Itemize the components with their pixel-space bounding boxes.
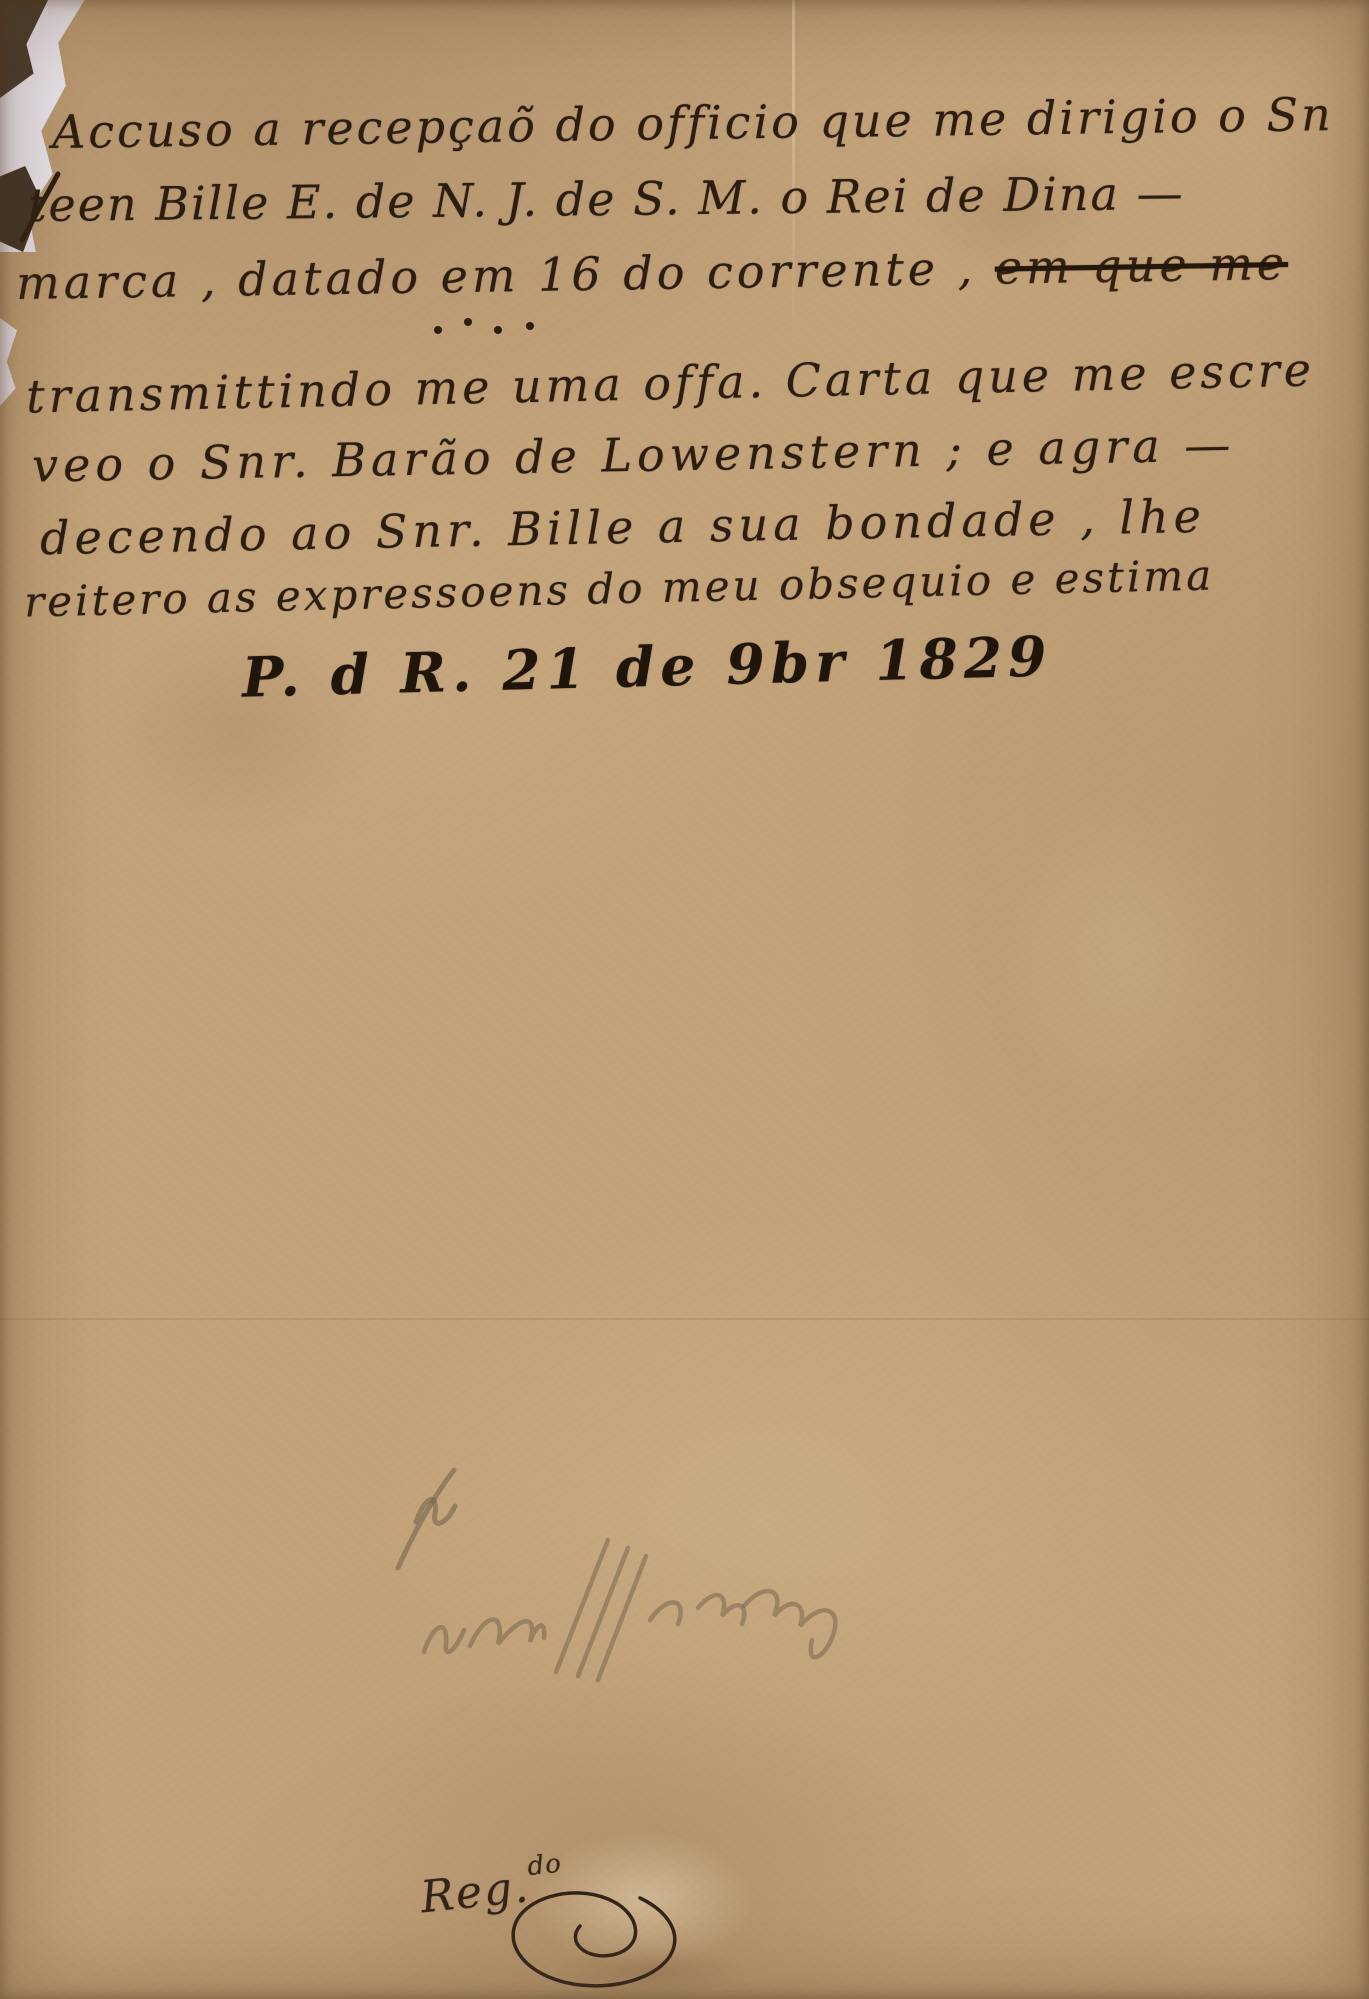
manuscript-line-3-text: marca , datado em 16 do corrente , [16, 241, 977, 310]
manuscript-page: Accuso a recepçaõ do officio que me diri… [0, 0, 1369, 1999]
paper-stain [960, 740, 1290, 1170]
registry-mark: Reg.do [417, 1849, 566, 1924]
manuscript-line-5: veo o Snr. Barão de Lowenstern ; e agra … [32, 418, 1236, 493]
registry-abbrev: Reg [418, 1863, 516, 1923]
paper-stain [520, 1936, 780, 1999]
struck-out-text: em que me [994, 236, 1288, 295]
paper-crease [0, 1318, 1369, 1320]
manuscript-line-3: marca , datado em 16 do corrente , em qu… [16, 236, 1289, 310]
ink-dots [434, 318, 534, 334]
manuscript-line-2: teen Bille E. de N. J. de S. M. o Rei de… [28, 166, 1185, 232]
pencil-scribble [398, 1470, 455, 1568]
torn-edge-sliver [0, 318, 17, 406]
manuscript-line-4: transmittindo me uma offa. Carta que me … [26, 343, 1316, 424]
manuscript-line-1: Accuso a recepçaõ do officio que me diri… [52, 87, 1334, 159]
registry-superscript: do [526, 1849, 563, 1882]
pencil-scribble [424, 1540, 835, 1680]
manuscript-dateline: P. d R. 21 de 9br 1829 [241, 623, 1053, 709]
paper-stain [48, 580, 428, 880]
